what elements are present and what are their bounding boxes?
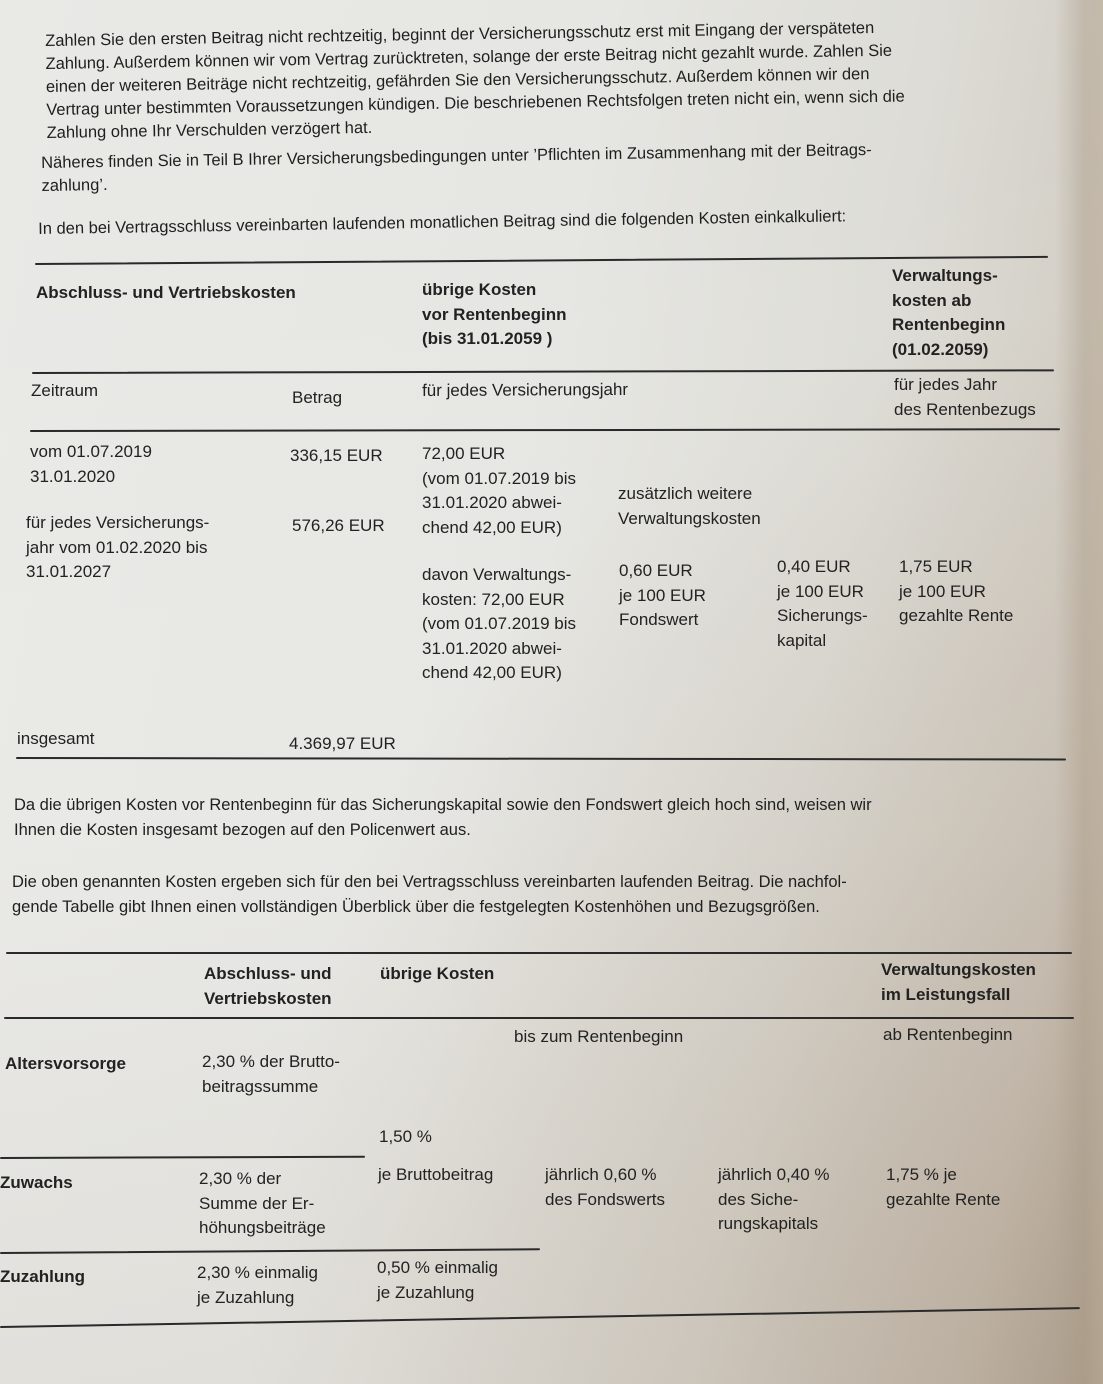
row-1-betrag: 336,15 EUR [290, 444, 383, 469]
text-line: gende Tabelle gibt Ihnen einen vollständ… [12, 895, 847, 920]
intro-paragraph-3: In den bei Vertragsschluss vereinbarten … [38, 205, 846, 241]
text-line: In den bei Vertragsschluss vereinbarten … [38, 205, 846, 241]
overview-header-verwaltung: Verwaltungskosten im Leistungsfall [881, 958, 1036, 1007]
text-line: Ihnen die Kosten insgesamt bezogen auf d… [14, 818, 872, 843]
text-line: Die oben genannten Kosten ergeben sich f… [12, 870, 847, 895]
total-value: 4.369,97 EUR [289, 732, 396, 757]
zusaetzlich-verwaltung: zusätzlich weitere Verwaltungskosten [618, 482, 761, 531]
uebrige-amount: 72,00 EUR (vom 01.07.2019 bis 31.01.2020… [422, 442, 576, 540]
zuzahlung-uebrige: 0,50 % einmalig je Zuzahlung [377, 1256, 498, 1305]
row-1-zeitraum: vom 01.07.2019 31.01.2020 [30, 440, 152, 489]
davon-verwaltungskosten: davon Verwaltungs- kosten: 72,00 EUR (vo… [422, 563, 576, 686]
text-line: Da die übrigen Kosten vor Rentenbeginn f… [14, 793, 872, 818]
book-spine-shadow [1055, 0, 1103, 1384]
overview-subheader-ab: ab Rentenbeginn [883, 1023, 1013, 1048]
overview-header-uebrige: übrige Kosten [380, 962, 494, 987]
table-rule [4, 1017, 1074, 1019]
fondswert-cost: 0,60 EUR je 100 EUR Fondswert [619, 559, 706, 633]
table-rule [0, 1248, 540, 1254]
header-verwaltung: Verwaltungs- kosten ab Rentenbeginn (01.… [892, 264, 1005, 362]
uebrige-shared-pct: 1,50 % [379, 1125, 432, 1150]
row-label-altersvorsorge: Altersvorsorge [5, 1052, 126, 1077]
altersvorsorge-abschluss: 2,30 % der Brutto- beitragssumme [202, 1050, 340, 1099]
header-uebrige: übrige Kosten vor Rentenbeginn (bis 31.0… [422, 278, 567, 352]
row-label-zuwachs: Zuwachs [0, 1171, 73, 1196]
subheader-rentenbezug: für jedes Jahr des Rentenbezugs [894, 373, 1036, 422]
header-abschluss: Abschluss- und Vertriebskosten [36, 281, 296, 306]
table-rule [16, 757, 1066, 760]
row-label-zuzahlung: Zuzahlung [0, 1265, 85, 1290]
subheader-betrag: Betrag [292, 386, 342, 411]
middle-paragraph-5: Die oben genannten Kosten ergeben sich f… [12, 870, 847, 920]
subheader-zeitraum: Zeitraum [31, 379, 98, 404]
overview-fondswert: jährlich 0,60 % des Fondswerts [545, 1163, 665, 1212]
overview-header-abschluss: Abschluss- und Vertriebskosten [204, 962, 332, 1011]
table-rule [30, 428, 1060, 432]
uebrige-shared-basis: je Bruttobeitrag [378, 1163, 493, 1188]
table-rule [0, 1156, 365, 1159]
zuzahlung-abschluss: 2,30 % einmalig je Zuzahlung [197, 1261, 318, 1310]
table-rule [0, 1307, 1080, 1328]
overview-subheader-bis: bis zum Rentenbeginn [514, 1025, 683, 1050]
row-2-betrag: 576,26 EUR [292, 514, 385, 539]
intro-paragraph-2: Näheres finden Sie in Teil B Ihrer Versi… [41, 139, 872, 198]
sicherungskapital-cost: 0,40 EUR je 100 EUR Sicherungs- kapital [777, 555, 868, 653]
subheader-versicherungsjahr: für jedes Versicherungsjahr [422, 378, 628, 404]
overview-sicherungskapital: jährlich 0,40 % des Siche- rungskapitals [718, 1163, 830, 1237]
total-label: insgesamt [17, 727, 94, 752]
rente-cost: 1,75 EUR je 100 EUR gezahlte Rente [899, 555, 1013, 629]
table-rule [6, 952, 1072, 954]
intro-paragraph-1: Zahlen Sie den ersten Beitrag nicht rech… [45, 17, 905, 145]
middle-paragraph-4: Da die übrigen Kosten vor Rentenbeginn f… [14, 793, 872, 843]
overview-rente: 1,75 % je gezahlte Rente [886, 1163, 1000, 1212]
row-2-zeitraum: für jedes Versicherungs- jahr vom 01.02.… [26, 511, 209, 585]
zuwachs-abschluss: 2,30 % der Summe der Er- höhungsbeiträge [199, 1167, 326, 1241]
